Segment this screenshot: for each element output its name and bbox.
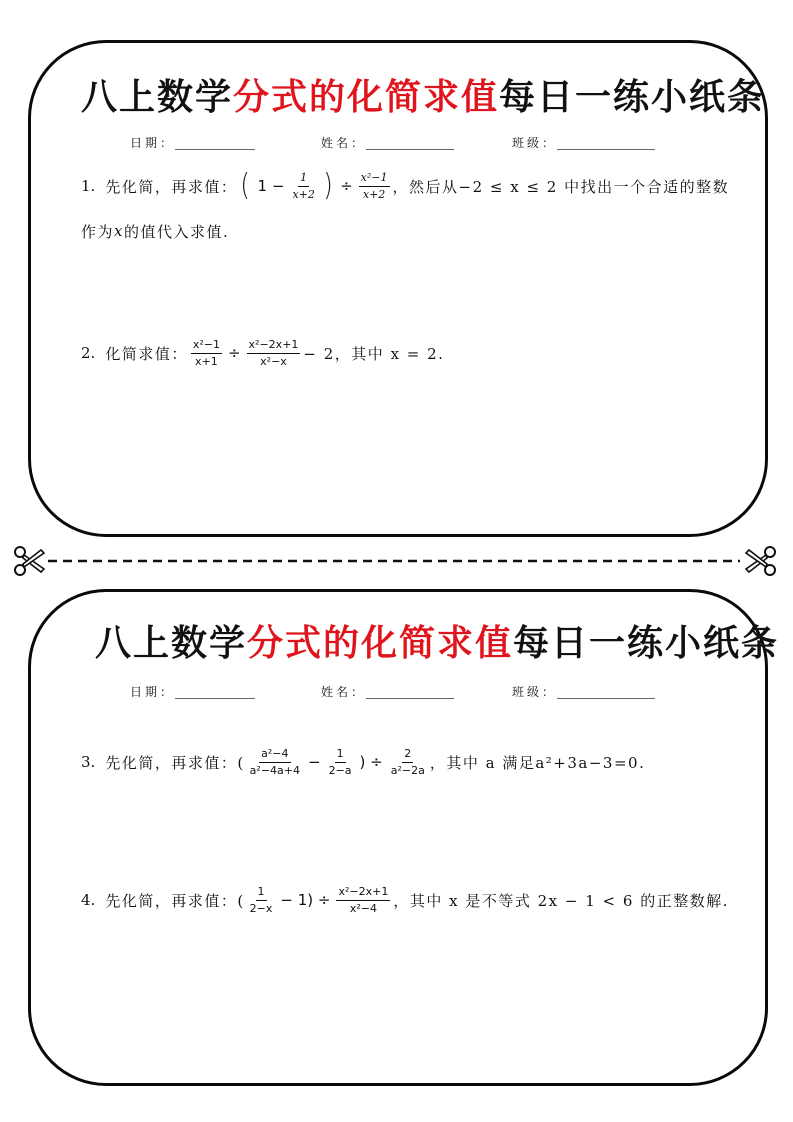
denominator: x²−4: [348, 901, 379, 916]
class-blank[interactable]: [557, 137, 655, 150]
title-prefix: 八上数学: [95, 622, 247, 664]
numerator: a²−4: [259, 747, 290, 763]
date-label: 日期：: [130, 682, 175, 702]
close-paren: ): [323, 171, 334, 201]
denominator: x+1: [193, 354, 220, 369]
question-tail: ，然后从−2 ≤ x ≤ 2 中找出一个合适的整数: [393, 176, 730, 197]
question-number: 2.: [81, 344, 95, 362]
question-3: 3. 先化简，再求值：( a²−4 a²−4a+4 − 1 2−a ) ÷ 2 …: [81, 742, 645, 782]
denominator: a²−2a: [389, 763, 427, 778]
class-label: 班级：: [512, 682, 557, 702]
name-label: 姓名：: [321, 682, 366, 702]
fraction: x²−1 x+2: [359, 171, 390, 202]
title-highlight: 分式的化简求值: [233, 76, 499, 118]
date-label: 日期：: [130, 133, 175, 153]
question-intro: 化简求值：: [105, 343, 188, 364]
numerator: 2: [402, 747, 413, 763]
line2-pre: 作为: [81, 221, 114, 242]
numerator: 1: [298, 171, 309, 187]
question-tail: − 2，其中 x = 2.: [303, 343, 444, 364]
scissors-icon: [746, 547, 775, 575]
info-fields: 日期： 姓名： 班级：: [31, 682, 765, 702]
practice-slip-1: 八上数学分式的化简求值每日一练小纸条 日期： 姓名： 班级： 1. 先化简，再求…: [28, 40, 768, 537]
question-tail: ，其中 x 是不等式 2x − 1 < 6 的正整数解.: [393, 890, 729, 911]
fraction: x²−2x+1 x²−4: [336, 885, 390, 916]
denominator: x²−x: [258, 354, 289, 369]
question-4: 4. 先化简，再求值：( 1 2−x − 1) ÷ x²−2x+1 x²−4 ，…: [81, 880, 729, 920]
fraction: 2 a²−2a: [389, 747, 427, 778]
date-blank[interactable]: [175, 137, 255, 150]
name-blank[interactable]: [366, 137, 454, 150]
numerator: x²−2x+1: [336, 885, 390, 901]
title-prefix: 八上数学: [81, 76, 233, 118]
slip-title: 八上数学分式的化简求值每日一练小纸条: [95, 621, 779, 665]
minus-sign: −: [308, 753, 321, 771]
minus-one-close-divide: − 1) ÷: [280, 891, 330, 909]
question-number: 3.: [81, 753, 95, 771]
question-1-line-2: 作为x的值代入求值.: [81, 211, 229, 251]
numerator: 1: [256, 885, 267, 901]
info-fields: 日期： 姓名： 班级：: [31, 133, 765, 153]
divide-sign: ÷: [340, 177, 353, 195]
scissors-icon: [15, 547, 44, 575]
title-highlight: 分式的化简求值: [247, 622, 513, 664]
denominator: a²−4a+4: [248, 763, 302, 778]
question-number: 1.: [81, 177, 95, 195]
fraction: 1 2−x: [248, 885, 275, 916]
class-field[interactable]: 班级：: [512, 682, 655, 702]
numerator: x²−1: [191, 338, 222, 354]
name-field[interactable]: 姓名：: [321, 133, 454, 153]
open-paren: (: [241, 171, 252, 201]
question-2: 2. 化简求值： x²−1 x+1 ÷ x²−2x+1 x²−x − 2，其中 …: [81, 333, 444, 373]
question-intro: 先化简，再求值：(: [105, 890, 244, 911]
class-field[interactable]: 班级：: [512, 133, 655, 153]
practice-slip-2: 八上数学分式的化简求值每日一练小纸条 日期： 姓名： 班级： 3. 先化简，再求…: [28, 589, 768, 1086]
question-intro: 先化简，再求值：: [105, 176, 237, 197]
line2-var: x: [114, 222, 124, 240]
date-field[interactable]: 日期：: [130, 682, 255, 702]
question-intro: 先化简，再求值：(: [105, 752, 244, 773]
fraction: x²−2x+1 x²−x: [247, 338, 301, 369]
class-blank[interactable]: [557, 686, 655, 699]
denominator: 2−a: [327, 763, 354, 778]
denominator: x+2: [361, 187, 387, 202]
close-divide: ) ÷: [360, 753, 383, 771]
line2-post: 的值代入求值.: [124, 221, 229, 242]
name-blank[interactable]: [366, 686, 454, 699]
fraction: a²−4 a²−4a+4: [248, 747, 302, 778]
math-text: 1 −: [258, 177, 285, 195]
divide-sign: ÷: [228, 344, 241, 362]
fraction: 1 2−a: [327, 747, 354, 778]
fraction: 1 x+2: [290, 171, 316, 202]
name-field[interactable]: 姓名：: [321, 682, 454, 702]
title-suffix: 每日一练小纸条: [499, 76, 765, 118]
title-suffix: 每日一练小纸条: [513, 622, 779, 664]
denominator: x+2: [290, 187, 316, 202]
date-field[interactable]: 日期：: [130, 133, 255, 153]
class-label: 班级：: [512, 133, 557, 153]
numerator: x²−2x+1: [247, 338, 301, 354]
denominator: 2−x: [248, 901, 275, 916]
numerator: x²−1: [359, 171, 390, 187]
question-number: 4.: [81, 891, 95, 909]
name-label: 姓名：: [321, 133, 366, 153]
question-1: 1. 先化简，再求值： ( 1 − 1 x+2 ) ÷ x²−1 x+2 ，然后…: [81, 166, 729, 206]
slip-title: 八上数学分式的化简求值每日一练小纸条: [81, 75, 765, 119]
date-blank[interactable]: [175, 686, 255, 699]
numerator: 1: [335, 747, 346, 763]
question-tail: ，其中 a 满足a²+3a−3=0.: [430, 752, 645, 773]
cut-line: [0, 540, 793, 584]
fraction: x²−1 x+1: [191, 338, 222, 369]
